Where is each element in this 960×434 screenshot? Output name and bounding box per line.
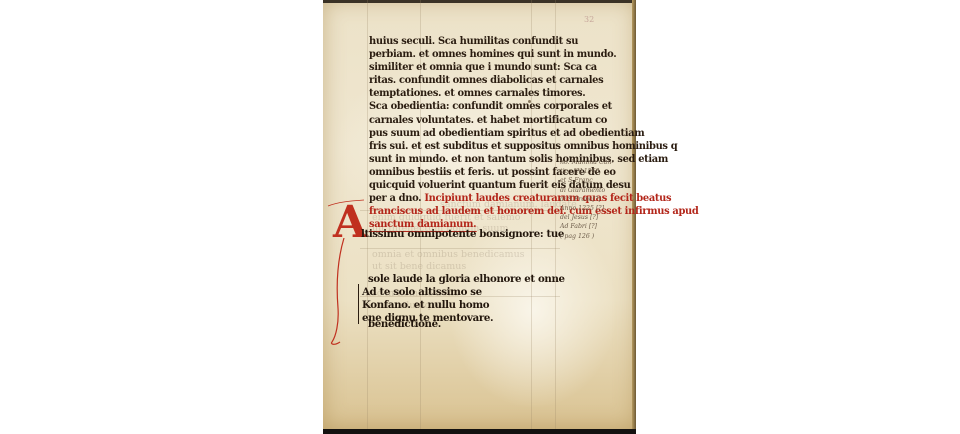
- marginal-line: Anno 1225 [?]: [560, 204, 632, 213]
- marginal-line: di Giuramento: [560, 186, 632, 195]
- initial-pen-stroke-icon: [326, 198, 366, 208]
- folio-number: 32: [584, 15, 594, 24]
- text-line: Sca obedientia: confundit omnes corporal…: [369, 100, 559, 113]
- text-fragment: per a dno.: [369, 192, 421, 204]
- canticle-bracketed-line: Konfano. et nullu homo: [362, 299, 489, 312]
- show-through-text: omnia et omnibus benedicamus: [372, 249, 525, 261]
- decorated-initial: A: [333, 203, 363, 243]
- marginal-line: et S Franc: [560, 176, 632, 185]
- text-line: similiter et omnia que i mundo sunt: Sca…: [369, 61, 559, 74]
- text-line: temptationes. et omnes carnales timores.: [369, 87, 559, 100]
- canticle-first-line: ltissimu omnipotente bonsignore: tue: [361, 228, 564, 241]
- text-line: quicquid voluerint quantum fuerit eis da…: [369, 179, 559, 192]
- canticle-last-line: benedictione.: [368, 318, 441, 331]
- page-bottom-edge: [323, 429, 636, 434]
- text-line: fris sui. et est subditus et suppositus …: [369, 140, 559, 153]
- text-line: omnibus bestiis et feris. ut possint fac…: [369, 166, 559, 179]
- marginal-line: Ad Fabri [?]: [560, 222, 632, 231]
- rubric-line: franciscus ad laudem et honorem dei. cum…: [369, 205, 559, 218]
- marginal-line: ( pag 126 ): [560, 232, 632, 241]
- show-through-text: ut sit bene dicamus: [372, 261, 466, 273]
- text-line: perbiam. et omnes homines qui sunt in mu…: [369, 48, 559, 61]
- marginal-line: tico [?] 1560: [560, 167, 632, 176]
- text-line: pus suum ad obedientiam spiritus et ad o…: [369, 127, 559, 140]
- text-line: ritas. confundit omnes diabolicas et car…: [369, 74, 559, 87]
- main-text-block: huius seculi. Sca humilitas confundit su…: [369, 35, 565, 232]
- canticle-line: sole laude la gloria elhonore et onne: [368, 273, 565, 286]
- canticle-bracketed-line: Ad te solo altissimo se: [362, 286, 482, 299]
- text-line: sunt in mundo. et non tantum solis homin…: [369, 153, 559, 166]
- rubric-text: Incipiunt laudes creaturarum quas fecit …: [424, 192, 671, 204]
- marginal-line: di S Franc[?]: [560, 195, 632, 204]
- initial-flourish-icon: [330, 238, 354, 346]
- page-top-edge: [323, 0, 636, 3]
- marginal-line: del Jesus [?]: [560, 213, 632, 222]
- ruling-line-left: [367, 0, 368, 429]
- marginal-note: no. Mamma Can- tico [?] 1560 et S Franc …: [560, 158, 632, 241]
- text-line: huius seculi. Sca humilitas confundit su: [369, 35, 559, 48]
- text-line-with-rubric: per a dno. Incipiunt laudes creaturarum …: [369, 192, 559, 205]
- text-line: carnales voluntates. et habet mortificat…: [369, 114, 559, 127]
- marginal-line: no. Mamma Can-: [560, 158, 632, 167]
